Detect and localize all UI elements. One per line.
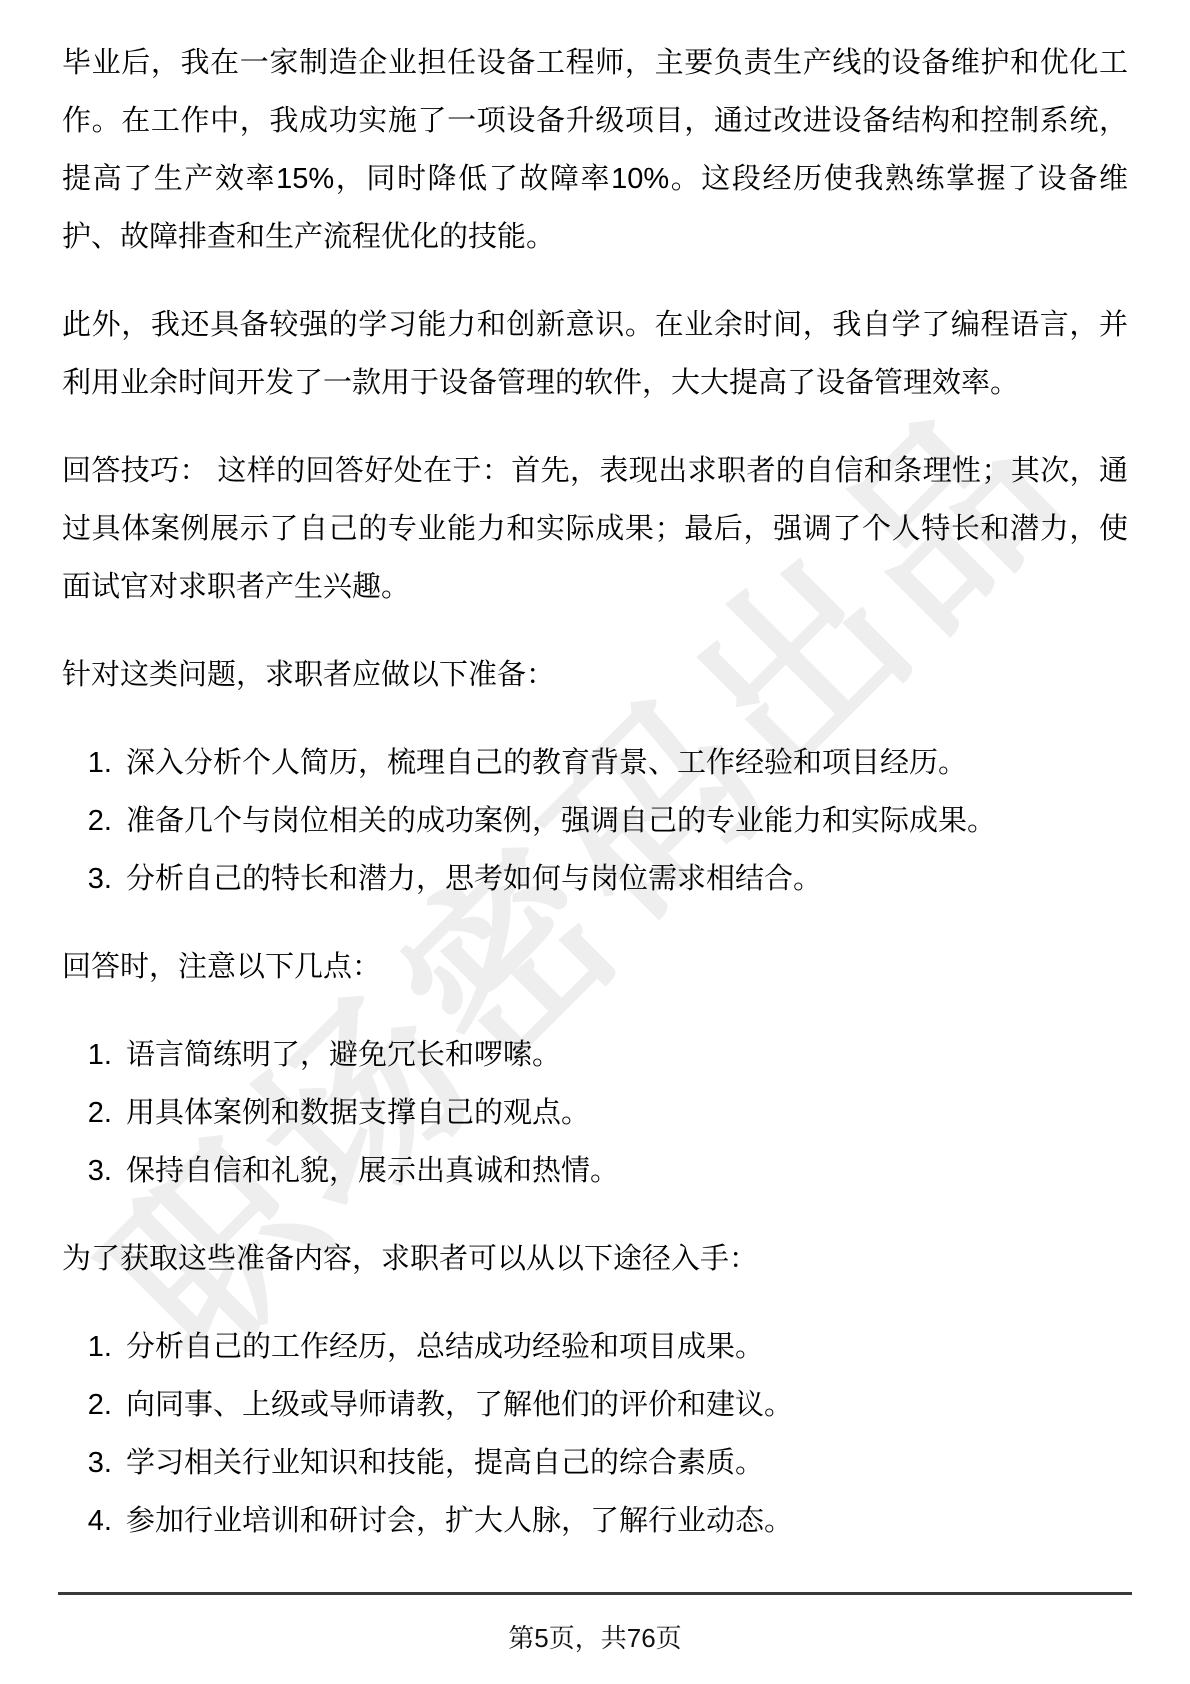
list-item: 分析自己的特长和潜力，思考如何与岗位需求相结合。 <box>120 850 1128 908</box>
footer-divider <box>58 1592 1132 1595</box>
paragraph-answer-points-intro: 回答时，注意以下几点： <box>62 938 1128 996</box>
sources-list: 分析自己的工作经历，总结成功经验和项目成果。 向同事、上级或导师请教，了解他们的… <box>62 1318 1128 1550</box>
list-item: 用具体案例和数据支撑自己的观点。 <box>120 1084 1128 1142</box>
preparation-list: 深入分析个人简历，梳理自己的教育背景、工作经验和项目经历。 准备几个与岗位相关的… <box>62 734 1128 908</box>
document-content: 毕业后，我在一家制造企业担任设备工程师，主要负责生产线的设备维护和优化工作。在工… <box>0 0 1190 1550</box>
paragraph-sources-intro: 为了获取这些准备内容，求职者可以从以下途径入手： <box>62 1230 1128 1288</box>
list-item: 学习相关行业知识和技能，提高自己的综合素质。 <box>120 1434 1128 1492</box>
paragraph-preparation-intro: 针对这类问题，求职者应做以下准备： <box>62 646 1128 704</box>
list-item: 保持自信和礼貌，展示出真诚和热情。 <box>120 1142 1128 1200</box>
list-item: 语言简练明了，避免冗长和啰嗦。 <box>120 1026 1128 1084</box>
list-item: 参加行业培训和研讨会，扩大人脉，了解行业动态。 <box>120 1492 1128 1550</box>
paragraph-learning-ability: 此外，我还具备较强的学习能力和创新意识。在业余时间，我自学了编程语言，并利用业余… <box>62 296 1128 412</box>
list-item: 分析自己的工作经历，总结成功经验和项目成果。 <box>120 1318 1128 1376</box>
page-number: 第5页，共76页 <box>0 1618 1190 1658</box>
paragraph-answer-technique: 回答技巧： 这样的回答好处在于：首先，表现出求职者的自信和条理性；其次，通过具体… <box>62 442 1128 616</box>
paragraph-work-experience: 毕业后，我在一家制造企业担任设备工程师，主要负责生产线的设备维护和优化工作。在工… <box>62 34 1128 266</box>
list-item: 准备几个与岗位相关的成功案例，强调自己的专业能力和实际成果。 <box>120 792 1128 850</box>
list-item: 深入分析个人简历，梳理自己的教育背景、工作经验和项目经历。 <box>120 734 1128 792</box>
list-item: 向同事、上级或导师请教，了解他们的评价和建议。 <box>120 1376 1128 1434</box>
answer-points-list: 语言简练明了，避免冗长和啰嗦。 用具体案例和数据支撑自己的观点。 保持自信和礼貌… <box>62 1026 1128 1200</box>
